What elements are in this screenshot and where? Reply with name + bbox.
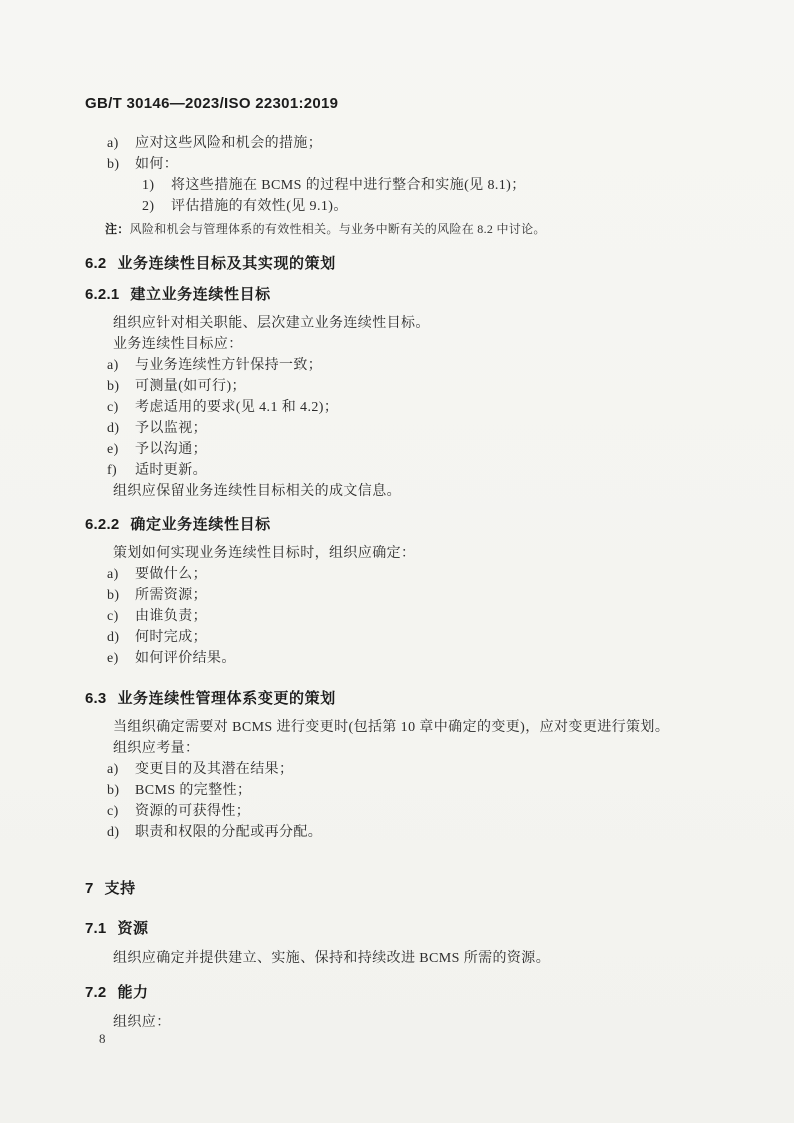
list-item-marker: b) [107,780,135,801]
list-item-text: 如何： [135,154,178,175]
list-item-marker: b) [107,376,135,397]
note-label: 注： [105,220,130,238]
list-item: a) 要做什么； [85,564,714,585]
section-number: 6.2.1 [85,285,119,305]
list-item: d) 何时完成； [85,627,714,648]
list-item: e) 如何评价结果。 [85,648,714,669]
section-heading-7-1: 7.1 资源 [85,919,714,939]
list-item-marker: d) [107,418,135,439]
section-heading-6-2-1: 6.2.1 建立业务连续性目标 [85,285,714,305]
list-item-marker: c) [107,801,135,822]
sub-list-item: 1) 将这些措施在 BCMS 的过程中进行整合和实施(见 8.1)； [85,175,714,196]
list-item-text: 予以沟通； [135,439,207,460]
paragraph: 组织应确定并提供建立、实施、保持和持续改进 BCMS 所需的资源。 [85,948,714,969]
note-text: 风险和机会与管理体系的有效性相关。与业务中断有关的风险在 8.2 中讨论。 [130,220,546,238]
list-item-marker: c) [107,606,135,627]
list-item-marker: c) [107,397,135,418]
list-item-marker: d) [107,627,135,648]
paragraph: 组织应针对相关职能、层次建立业务连续性目标。 [85,313,714,334]
paragraph: 业务连续性目标应： [85,334,714,355]
paragraph: 当组织确定需要对 BCMS 进行变更时(包括第 10 章中确定的变更)，应对变更… [85,717,714,738]
section-title: 建立业务连续性目标 [130,285,270,305]
section-number: 7.2 [85,983,106,1003]
section-title: 资源 [117,919,148,939]
list-item: b) 所需资源； [85,585,714,606]
list-item-text: 适时更新。 [135,460,207,481]
list-item-text: BCMS 的完整性； [135,780,251,801]
paragraph: 组织应保留业务连续性目标相关的成文信息。 [85,481,714,502]
chapter-heading-7: 7 支持 [85,879,714,899]
section-number: 6.3 [85,689,106,709]
list-item-text: 由谁负责； [135,606,207,627]
list-item-text: 要做什么； [135,564,207,585]
document-header: GB/T 30146—2023/ISO 22301:2019 [85,95,714,113]
list-item-marker: a) [107,564,135,585]
list-item-marker: d) [107,822,135,843]
list-item: c) 由谁负责； [85,606,714,627]
list-item-text: 变更目的及其潜在结果； [135,759,293,780]
list-item-text: 如何评价结果。 [135,648,236,669]
section-number: 6.2.2 [85,515,119,535]
list-item-marker: a) [107,355,135,376]
list-item: a) 与业务连续性方针保持一致； [85,355,714,376]
section-heading-6-2-2: 6.2.2 确定业务连续性目标 [85,515,714,535]
section-heading-7-2: 7.2 能力 [85,983,714,1003]
list-item: a) 应对这些风险和机会的措施； [85,133,714,154]
list-item-marker: a) [107,759,135,780]
sub-list-item-text: 评估措施的有效性(见 9.1)。 [171,196,348,217]
list-item: c) 考虑适用的要求(见 4.1 和 4.2)； [85,397,714,418]
note-line: 注： 风险和机会与管理体系的有效性相关。与业务中断有关的风险在 8.2 中讨论。 [85,220,714,238]
list-item-text: 何时完成； [135,627,207,648]
section-number: 7.1 [85,919,106,939]
list-item-marker: e) [107,648,135,669]
sub-list-item-text: 将这些措施在 BCMS 的过程中进行整合和实施(见 8.1)； [171,175,526,196]
document-page: GB/T 30146—2023/ISO 22301:2019 a) 应对这些风险… [0,0,794,1123]
page-number: 8 [99,1031,106,1047]
list-item: f) 适时更新。 [85,460,714,481]
sub-list-item-marker: 1) [142,175,171,196]
sub-list-item: 2) 评估措施的有效性(见 9.1)。 [85,196,714,217]
list-item: a) 变更目的及其潜在结果； [85,759,714,780]
list-item-text: 与业务连续性方针保持一致； [135,355,322,376]
list-item-text: 资源的可获得性； [135,801,250,822]
section-title: 业务连续性目标及其实现的策划 [117,254,335,274]
section-heading-6-2: 6.2 业务连续性目标及其实现的策划 [85,254,714,274]
list-item-marker: a) [107,133,135,154]
list-item-text: 考虑适用的要求(见 4.1 和 4.2)； [135,397,338,418]
paragraph: 组织应考量： [85,738,714,759]
list-item-marker: e) [107,439,135,460]
list-item: b) BCMS 的完整性； [85,780,714,801]
sub-list-item-marker: 2) [142,196,171,217]
list-item-marker: b) [107,585,135,606]
list-item: d) 予以监视； [85,418,714,439]
list-item: d) 职责和权限的分配或再分配。 [85,822,714,843]
section-title: 能力 [117,983,148,1003]
section-title: 确定业务连续性目标 [130,515,270,535]
paragraph: 策划如何实现业务连续性目标时，组织应确定： [85,543,714,564]
list-item-text: 予以监视； [135,418,207,439]
section-number: 6.2 [85,254,106,274]
list-item: b) 如何： [85,154,714,175]
paragraph: 组织应： [85,1012,714,1033]
section-heading-6-3: 6.3 业务连续性管理体系变更的策划 [85,689,714,709]
list-item-text: 所需资源； [135,585,207,606]
chapter-title: 支持 [105,879,136,899]
list-item-text: 职责和权限的分配或再分配。 [135,822,322,843]
list-item-text: 可测量(如可行)； [135,376,246,397]
chapter-number: 7 [85,879,94,899]
list-item-text: 应对这些风险和机会的措施； [135,133,322,154]
list-item: b) 可测量(如可行)； [85,376,714,397]
section-title: 业务连续性管理体系变更的策划 [117,689,335,709]
list-item: e) 予以沟通； [85,439,714,460]
list-item: c) 资源的可获得性； [85,801,714,822]
list-item-marker: f) [107,460,135,481]
list-item-marker: b) [107,154,135,175]
